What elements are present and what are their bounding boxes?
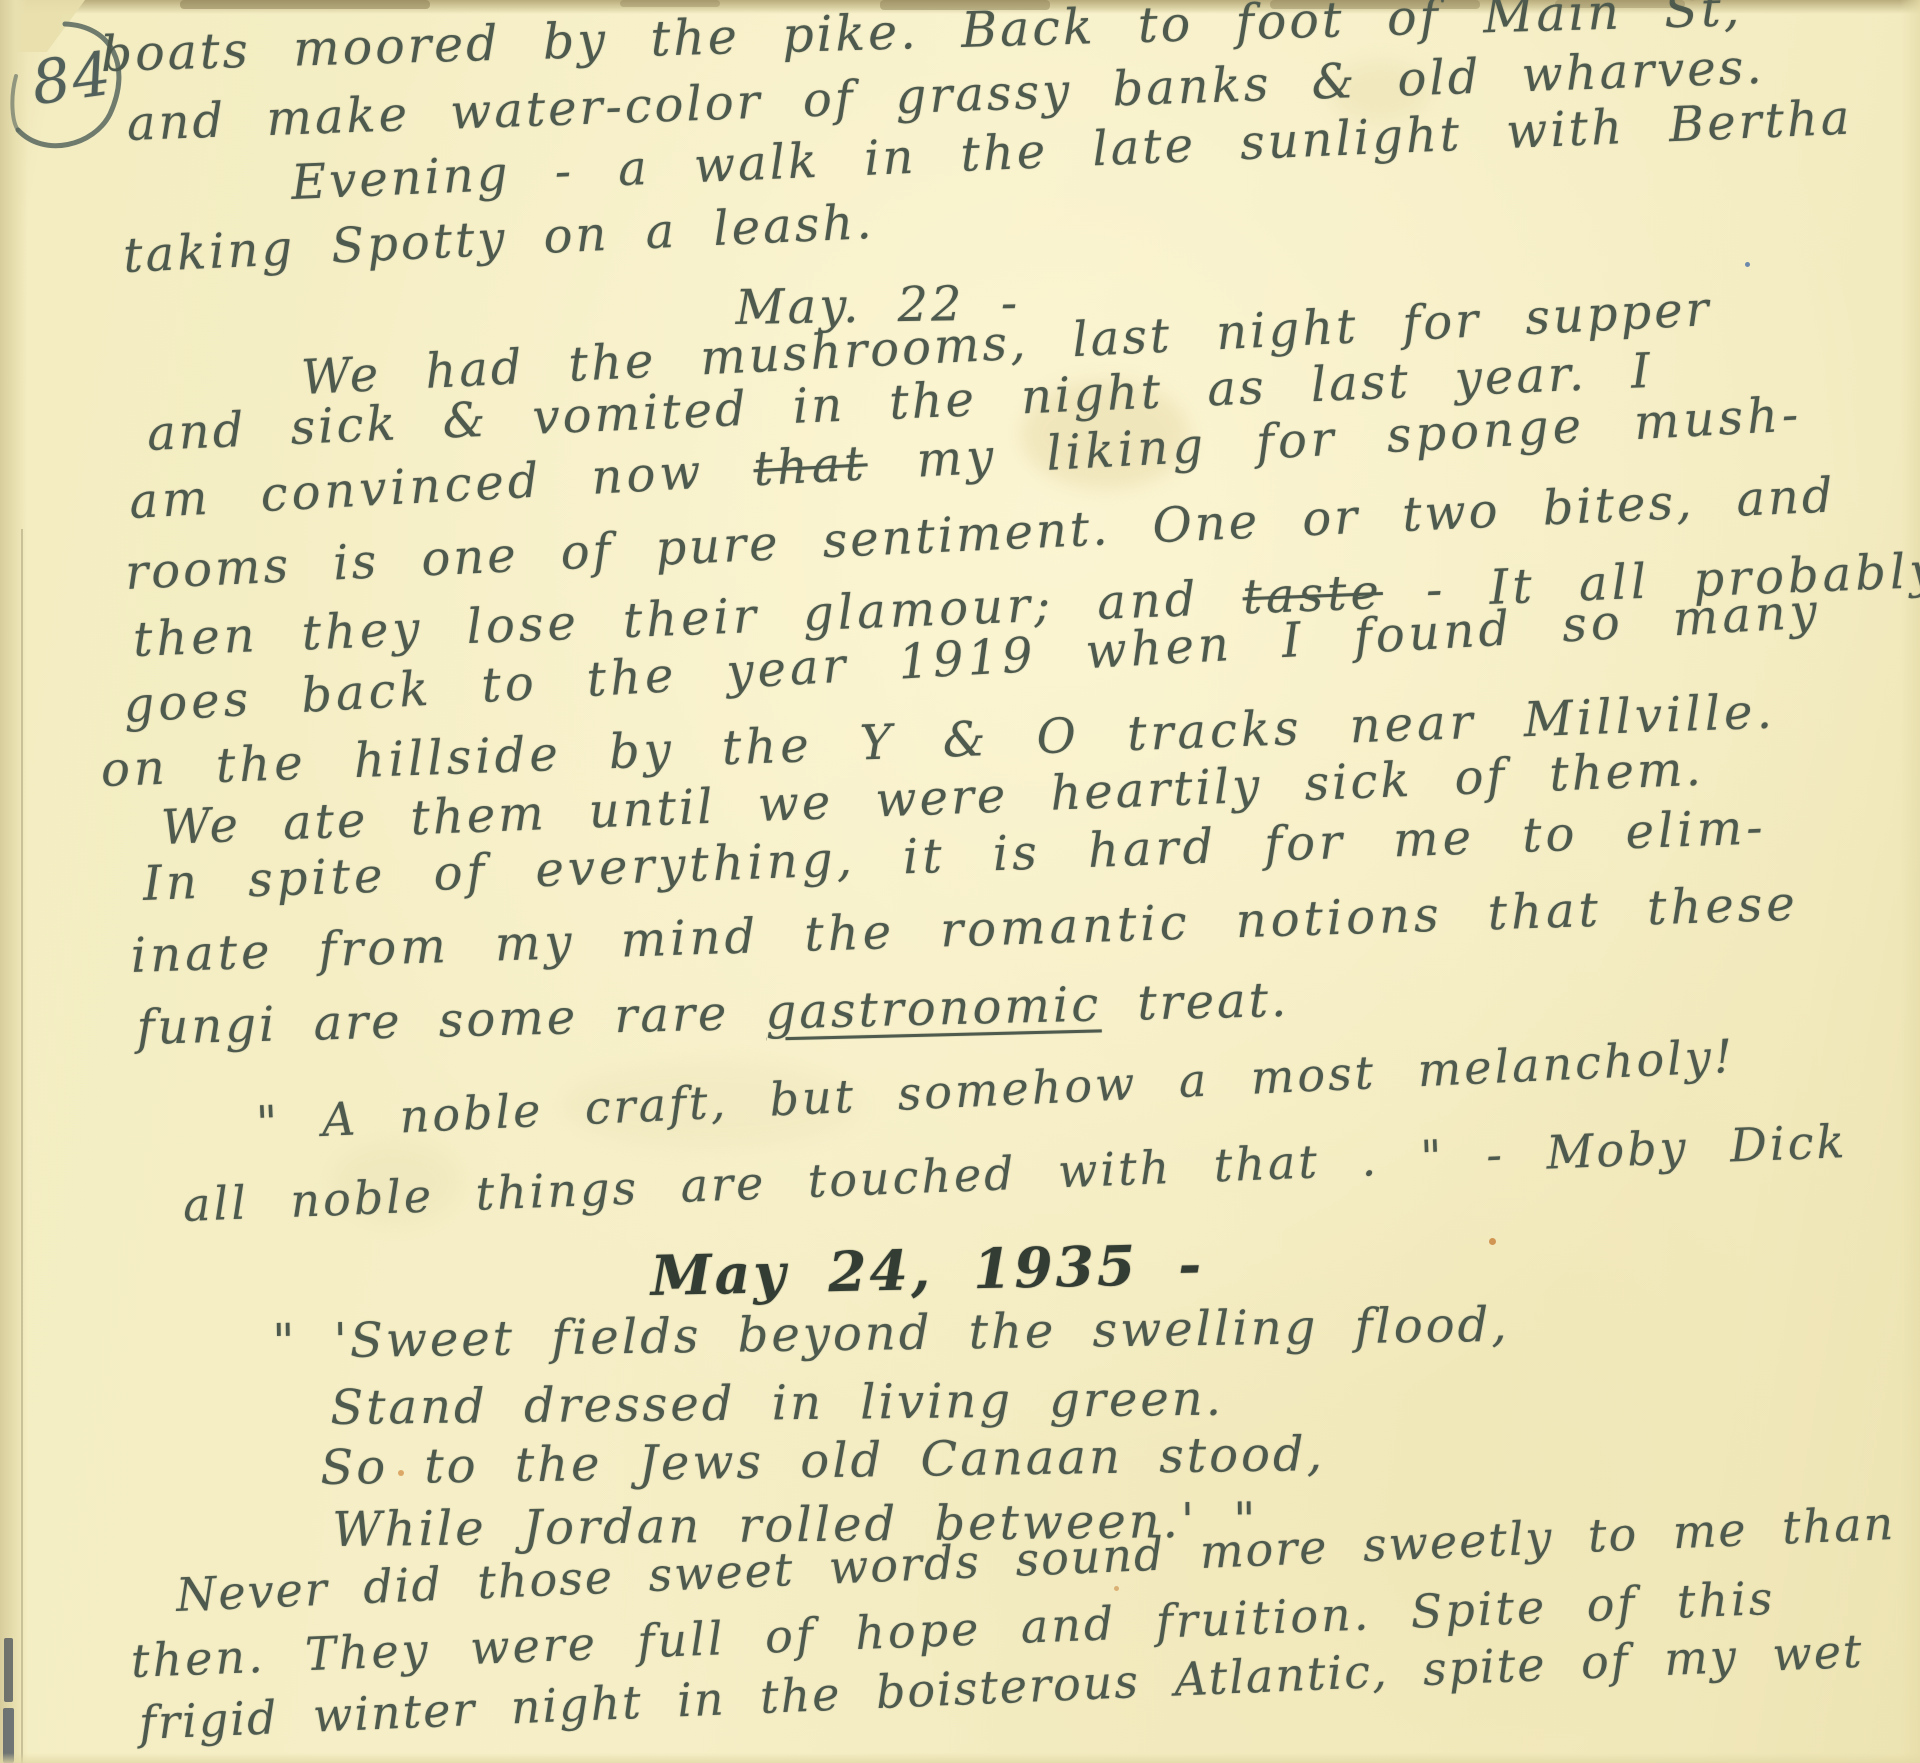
page-left-edge xyxy=(0,0,28,1763)
paper-speck xyxy=(1114,1586,1119,1591)
hymn-quote-line-1-text: " 'Sweet fields beyond the swelling floo… xyxy=(272,1297,1510,1370)
hymn-quote-line-2: Stand dressed in living green. xyxy=(330,1371,1224,1436)
paper-speck xyxy=(1489,1238,1496,1245)
page-left-edge-line xyxy=(21,529,23,1763)
hymn-quote-line-2-text: Stand dressed in living green. xyxy=(330,1371,1224,1436)
may-22-line-11-underline-text: gastronomic xyxy=(765,976,1102,1040)
may-22-line-11: fungi are some rare gastronomic treat. xyxy=(136,972,1290,1056)
may-22-line-11-text: fungi are some rare xyxy=(136,985,766,1056)
hymn-quote-line-1: " 'Sweet fields beyond the swelling floo… xyxy=(272,1297,1510,1370)
paper-speck xyxy=(1745,262,1750,267)
continued-entry-line-4-text: taking Spotty on a leash. xyxy=(122,194,876,284)
top-edge-dark-patch xyxy=(180,0,430,9)
hymn-quote-line-3: So to the Jews old Canaan stood, xyxy=(320,1426,1325,1496)
diary-page: 84 boats moored by the pike. Back to foo… xyxy=(0,0,1920,1763)
top-edge-dark-patch xyxy=(620,0,720,7)
may-24-1935-heading: May 24, 1935 - xyxy=(650,1231,1205,1308)
may-22-line-11-text: treat. xyxy=(1100,972,1289,1033)
hymn-quote-line-3-text: So to the Jews old Canaan stood, xyxy=(320,1426,1325,1496)
binding-mark xyxy=(4,1638,13,1702)
page-right-edge xyxy=(1900,0,1920,1763)
may-22-line-3-strike-text: that xyxy=(752,435,869,497)
continued-entry-line-4: taking Spotty on a leash. xyxy=(122,194,876,284)
page-bottom-edge xyxy=(0,1753,1920,1763)
may-24-1935-heading-text: May 24, 1935 - xyxy=(650,1231,1205,1308)
